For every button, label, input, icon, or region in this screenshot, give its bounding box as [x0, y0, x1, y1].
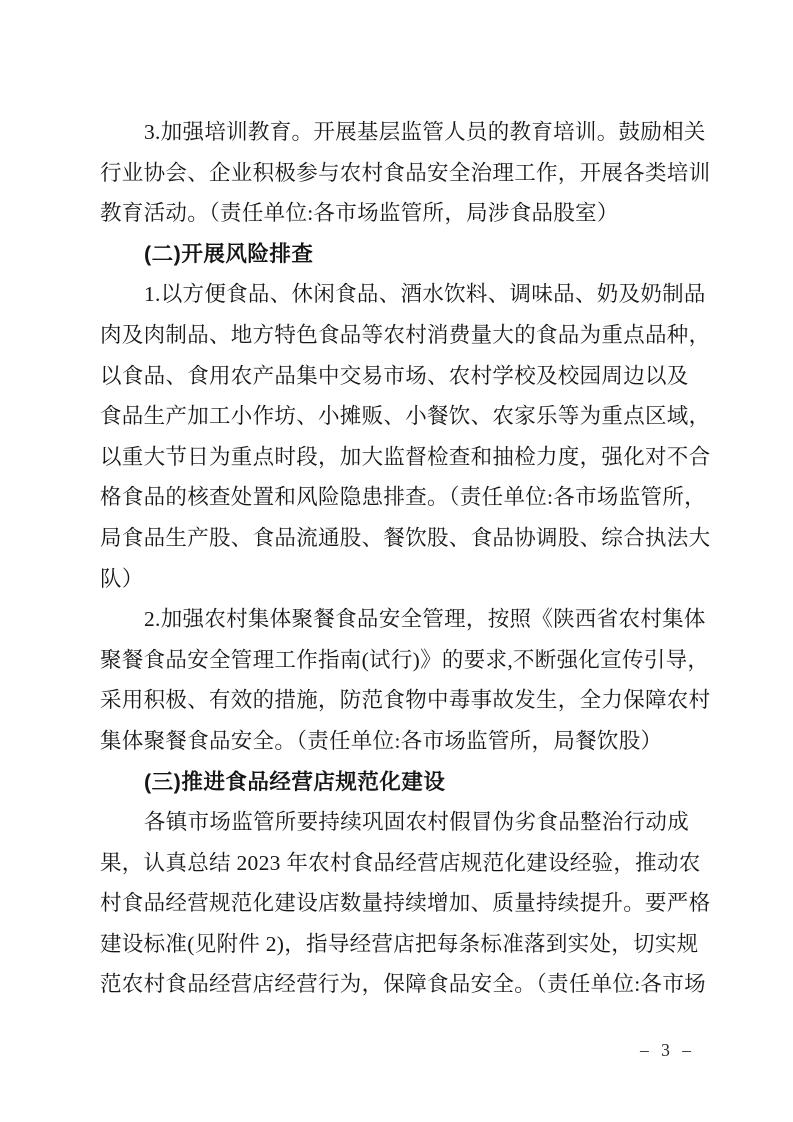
text-line: 聚餐食品安全管理工作指南(试行)》的要求,不断强化宣传引导，	[100, 640, 704, 681]
text-line: 建设标准(见附件 2)，指导经营店把每条标准落到实处，切实规	[100, 924, 704, 965]
paragraph: 2.加强农村集体聚餐食品安全管理，按照《陕西省农村集体聚餐食品安全管理工作指南(…	[100, 599, 704, 761]
paragraph: 1.以方便食品、休闲食品、酒水饮料、调味品、奶及奶制品肉及肉制品、地方特色食品等…	[100, 274, 704, 599]
text-line: (三)推进食品经营店规范化建设	[100, 762, 704, 803]
text-line: 局食品生产股、食品流通股、餐饮股、食品协调股、综合执法大	[100, 518, 704, 559]
text-line: 肉及肉制品、地方特色食品等农村消费量大的食品为重点品种，	[100, 315, 704, 356]
paragraph: 3.加强培训教育。开展基层监管人员的教育培训。鼓励相关行业协会、企业积极参与农村…	[100, 112, 704, 234]
section-heading: (二)开展风险排查	[100, 234, 704, 275]
text-line: (二)开展风险排查	[100, 234, 704, 275]
text-line: 采用积极、有效的措施，防范食物中毒事故发生，全力保障农村	[100, 680, 704, 721]
text-line: 2.加强农村集体聚餐食品安全管理，按照《陕西省农村集体	[100, 599, 704, 640]
text-line: 集体聚餐食品安全。（责任单位:各市场监管所，局餐饮股）	[100, 721, 704, 762]
text-line: 1.以方便食品、休闲食品、酒水饮料、调味品、奶及奶制品	[100, 274, 704, 315]
section-heading: (三)推进食品经营店规范化建设	[100, 762, 704, 803]
text-line: 格食品的核查处置和风险隐患排查。（责任单位:各市场监管所，	[100, 477, 704, 518]
text-line: 教育活动。（责任单位:各市场监管所，局涉食品股室）	[100, 193, 704, 234]
text-line: 各镇市场监管所要持续巩固农村假冒伪劣食品整治行动成	[100, 802, 704, 843]
text-line: 3.加强培训教育。开展基层监管人员的教育培训。鼓励相关	[100, 112, 704, 153]
paragraph: 各镇市场监管所要持续巩固农村假冒伪劣食品整治行动成果，认真总结 2023 年农村…	[100, 802, 704, 1005]
text-line: 以食品、食用农产品集中交易市场、农村学校及校园周边以及	[100, 356, 704, 397]
page-number: – 3 –	[640, 1038, 695, 1062]
document-page: 3.加强培训教育。开展基层监管人员的教育培训。鼓励相关行业协会、企业积极参与农村…	[0, 0, 793, 1122]
text-line: 队）	[100, 559, 704, 600]
text-line: 行业协会、企业积极参与农村食品安全治理工作，开展各类培训	[100, 153, 704, 194]
text-line: 食品生产加工小作坊、小摊贩、小餐饮、农家乐等为重点区域，	[100, 396, 704, 437]
text-line: 以重大节日为重点时段，加大监督检查和抽检力度，强化对不合	[100, 437, 704, 478]
text-line: 范农村食品经营店经营行为，保障食品安全。（责任单位:各市场	[100, 964, 704, 1005]
document-body: 3.加强培训教育。开展基层监管人员的教育培训。鼓励相关行业协会、企业积极参与农村…	[100, 112, 704, 1005]
text-line: 果，认真总结 2023 年农村食品经营店规范化建设经验，推动农	[100, 843, 704, 884]
text-line: 村食品经营规范化建设店数量持续增加、质量持续提升。要严格	[100, 883, 704, 924]
